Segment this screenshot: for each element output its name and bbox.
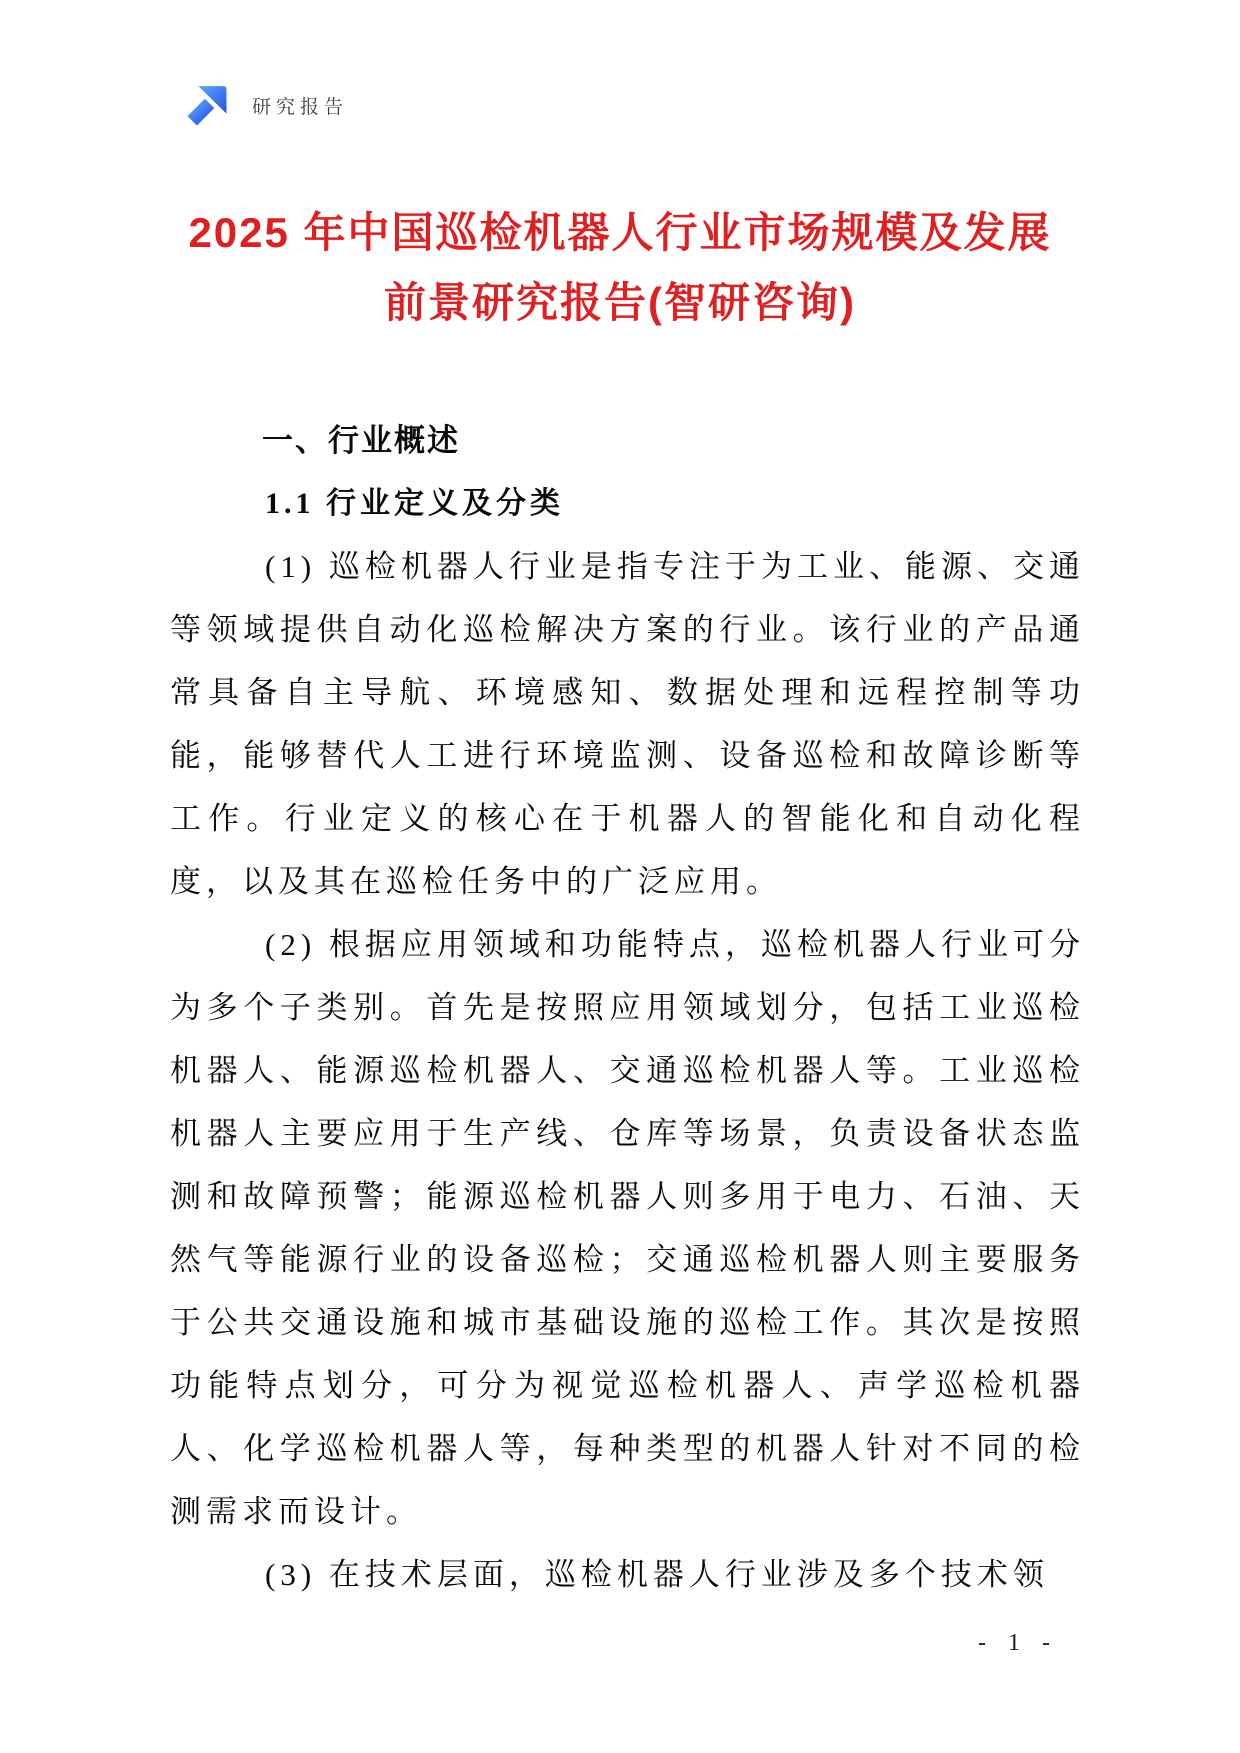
page-number: - 1 -: [978, 1630, 1058, 1657]
report-title: 2025 年中国巡检机器人行业市场规模及发展前景研究报告(智研咨询): [180, 198, 1060, 338]
document-page: 研究报告 2025 年中国巡检机器人行业市场规模及发展前景研究报告(智研咨询) …: [0, 0, 1240, 1753]
arrow-up-right-icon: [183, 83, 228, 128]
document-body: 一、行业概述 1.1 行业定义及分类 (1) 巡检机器人行业是指专注于为工业、能…: [170, 409, 1085, 1606]
paragraph-2: (2) 根据应用领域和功能特点，巡检机器人行业可分为多个子类别。首先是按照应用领…: [170, 913, 1085, 1543]
brand-header: 研究报告: [183, 83, 348, 128]
paragraph-1: (1) 巡检机器人行业是指专注于为工业、能源、交通等领域提供自动化巡检解决方案的…: [170, 535, 1085, 913]
brand-text: 研究报告: [252, 92, 348, 119]
subsection-heading: 1.1 行业定义及分类: [170, 472, 1085, 535]
section-heading: 一、行业概述: [170, 409, 1085, 472]
paragraph-3: (3) 在技术层面，巡检机器人行业涉及多个技术领: [170, 1543, 1085, 1606]
